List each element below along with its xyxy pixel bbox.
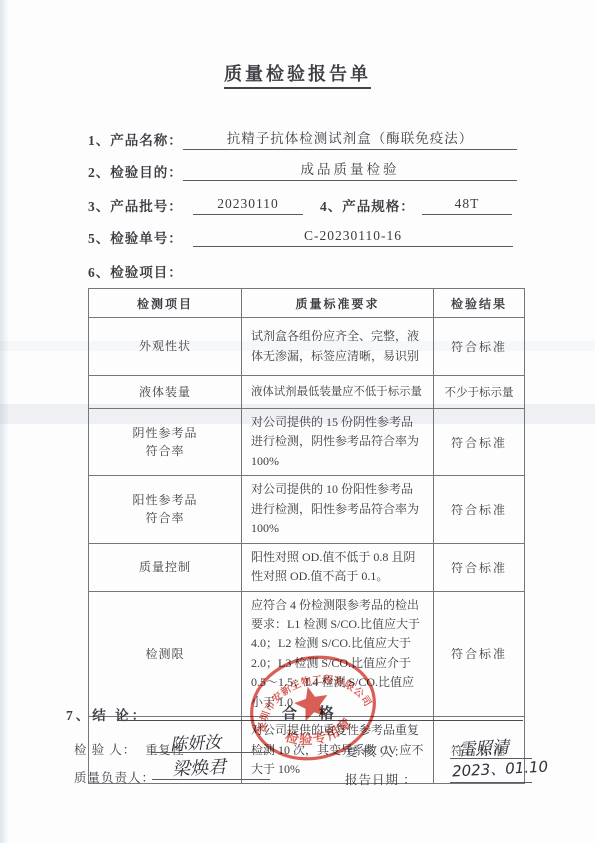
field-label-spec: 4、产品规格： [320,195,415,215]
cell-result: 不少于标示量 [434,376,525,409]
report-page: 质量检验报告单 1、产品名称： 抗精子抗体检测试剂盒（酶联免疫法） 2、检验目的… [0,0,595,843]
sig-label-quality-manager: 质量负责人： [74,768,155,786]
signature-reviewer: 雷照清 [457,733,509,761]
table-row: 外观性状 试剂盒各组份应齐全、完整，液体无渗漏，标签应清晰，易识别 符合标准 [89,318,525,376]
field-value-report-no: C-20230110-16 [193,225,513,247]
col-header-item: 检测项目 [89,289,242,318]
cell-item: 检测限 [89,591,242,717]
cell-standard: 阳性对照 OD.值不低于 0.8 且阴性对照 OD.值不高于 0.1。 [242,543,434,591]
table-row: 阳性参考品 符合率 对公司提供的 10 份阳性参考品进行检测，阳性参考品符合率为… [89,476,525,543]
col-header-result: 检验结果 [434,289,525,318]
col-header-standard: 质量标准要求 [242,289,434,318]
signature-inspector: 陈妍汝 [169,728,221,756]
cell-item: 阴性参考品 符合率 [89,409,242,476]
cell-standard: 对公司提供的 10 份阳性参考品进行检测，阳性参考品符合率为 100% [242,476,434,543]
field-label-items-heading: 6、检验项目： [88,261,183,281]
table-row: 液体装量 液体试剂最低装量应不低于标示量 不少于标示量 [89,376,525,409]
field-label-batch-no: 3、产品批号： [88,195,183,215]
field-value-spec: 48T [422,193,512,215]
field-label-report-no: 5、检验单号： [88,227,183,247]
cell-item: 液体装量 [89,376,242,409]
cell-result: 符合标准 [434,543,525,591]
signature-report-date: 2023、01.10 [452,755,549,781]
page-title: 质量检验报告单 [0,60,595,86]
cell-item: 阳性参考品 符合率 [89,476,242,543]
cell-result: 符合标准 [434,409,525,476]
cell-standard: 液体试剂最低装量应不低于标示量 [242,376,434,409]
field-label-product-name: 1、产品名称： [88,129,183,149]
sig-label-report-date: 报告日期 ： [345,770,417,788]
cell-standard: 对公司提供的 15 份阴性参考品进行检测，阴性参考品符合率为 100% [242,409,434,476]
cell-item: 质量控制 [89,543,242,591]
table-header-row: 检测项目 质量标准要求 检验结果 [89,289,525,318]
table-row: 质量控制 阳性对照 OD.值不低于 0.8 且阴性对照 OD.值不高于 0.1。… [89,543,525,591]
field-value-product-name: 抗精子抗体检测试剂盒（酶联免疫法） [183,128,517,150]
sig-label-reviewer: 复 核 人： [345,742,407,760]
field-value-batch-no: 20230110 [193,193,303,215]
cell-item: 外观性状 [89,318,242,376]
signature-quality-manager: 梁焕君 [171,753,226,782]
cell-standard: 试剂盒各组份应齐全、完整，液体无渗漏，标签应清晰，易识别 [242,318,434,376]
cell-result: 符合标准 [434,318,525,376]
cell-result: 符合标准 [434,591,525,717]
cell-result: 符合标准 [434,476,525,543]
sig-label-inspector: 检 验 人： [74,740,136,758]
field-label-purpose: 2、检验目的： [88,161,183,181]
table-row: 阴性参考品 符合率 对公司提供的 15 份阴性参考品进行检测，阴性参考品符合率为… [89,409,525,476]
field-value-purpose: 成品质量检验 [183,159,517,181]
